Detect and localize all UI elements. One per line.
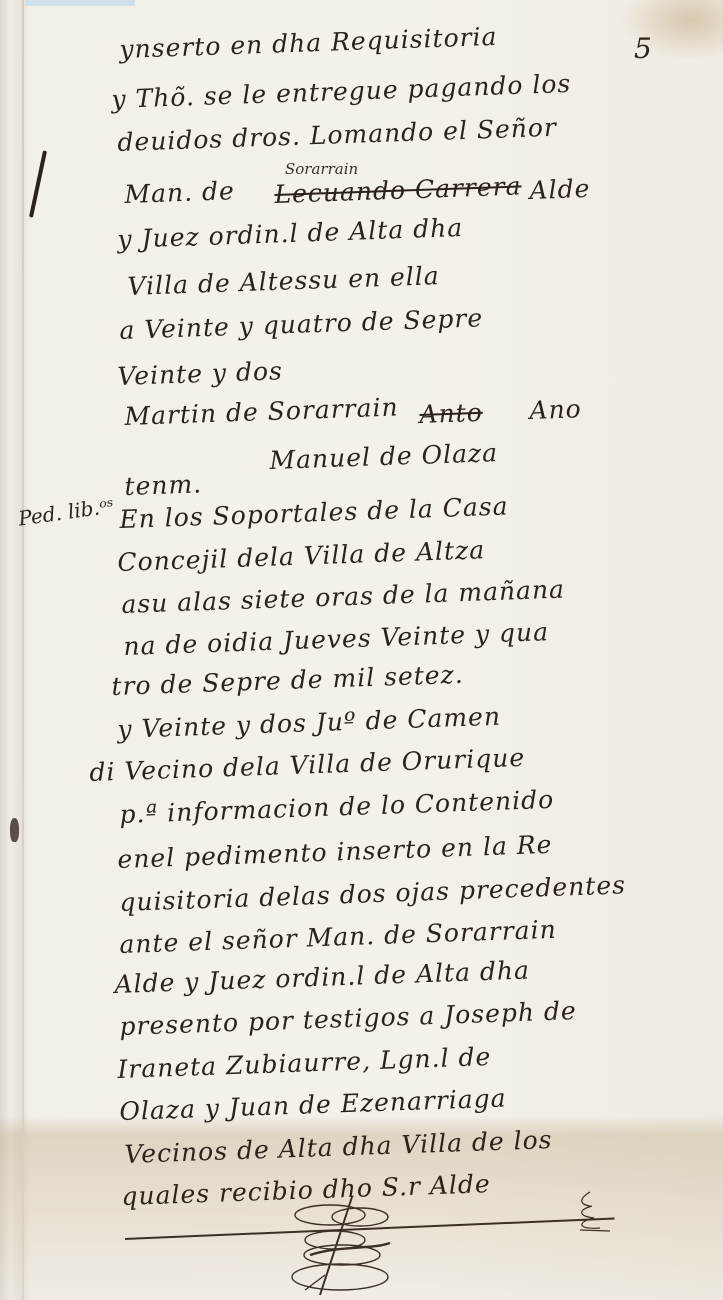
closing-flourish-icon bbox=[570, 1190, 620, 1240]
text-line: di Vecino dela Villa de Orurique bbox=[89, 743, 526, 787]
manuscript-text: ynserto en dha Requisitoria y Thõ. se le… bbox=[0, 0, 723, 1300]
text-line: quisitoria delas dos ojas precedentes bbox=[119, 870, 626, 917]
text-line: Alde bbox=[529, 174, 591, 205]
text-line: presento por testigos a Joseph de bbox=[119, 996, 577, 1041]
text-line: Iraneta Zubiaurre, Lgn.l de bbox=[117, 1042, 492, 1084]
manuscript-page: 5 Ped. lib.ᵒˢ ynserto en dha Requisitori… bbox=[0, 0, 723, 1300]
text-line: y Juez ordin.l de Alta dha bbox=[117, 213, 464, 254]
text-line: a Veinte y quatro de Sepre bbox=[119, 303, 484, 345]
text-line: asu alas siete oras de la mañana bbox=[121, 575, 565, 619]
text-line: Man. de bbox=[124, 176, 235, 209]
text-line: Villa de Altessu en ella bbox=[127, 261, 440, 301]
text-line: tenm. bbox=[124, 469, 203, 501]
text-line: y Thõ. se le entregue pagando los bbox=[111, 69, 572, 114]
text-line: Olaza y Juan de Ezenarriaga bbox=[119, 1084, 507, 1126]
text-line: Concejil dela Villa de Altza bbox=[117, 535, 486, 577]
text-line: Martin de Sorarrain bbox=[124, 392, 399, 431]
text-line: ante el señor Man. de Sorarrain bbox=[119, 915, 557, 959]
signature-rubric-icon bbox=[280, 1195, 420, 1300]
text-line: Ano bbox=[529, 394, 582, 425]
text-line: Manuel de Olaza bbox=[269, 438, 499, 475]
text-line: Alde y Juez ordin.l de Alta dha bbox=[114, 956, 530, 999]
text-line: deuidos dros. Lomando el Señor bbox=[117, 113, 557, 157]
text-line: Vecinos de Alta dha Villa de los bbox=[124, 1125, 553, 1169]
text-line: Veinte y dos bbox=[117, 356, 283, 391]
text-line: enel pedimento inserto en la Re bbox=[117, 830, 553, 874]
text-line: na de oidia Jueves Veinte y qua bbox=[123, 617, 549, 661]
text-line: ynserto en dha Requisitoria bbox=[119, 22, 498, 64]
text-line: p.ª informacion de lo Contenido bbox=[119, 785, 555, 829]
interlinear-insertion: Sorarrain bbox=[285, 160, 358, 178]
text-line: y Veinte y dos Juº de Camen bbox=[117, 702, 501, 744]
struck-text: Anto bbox=[419, 398, 483, 429]
text-line: tro de Sepre de mil setez. bbox=[111, 660, 464, 701]
